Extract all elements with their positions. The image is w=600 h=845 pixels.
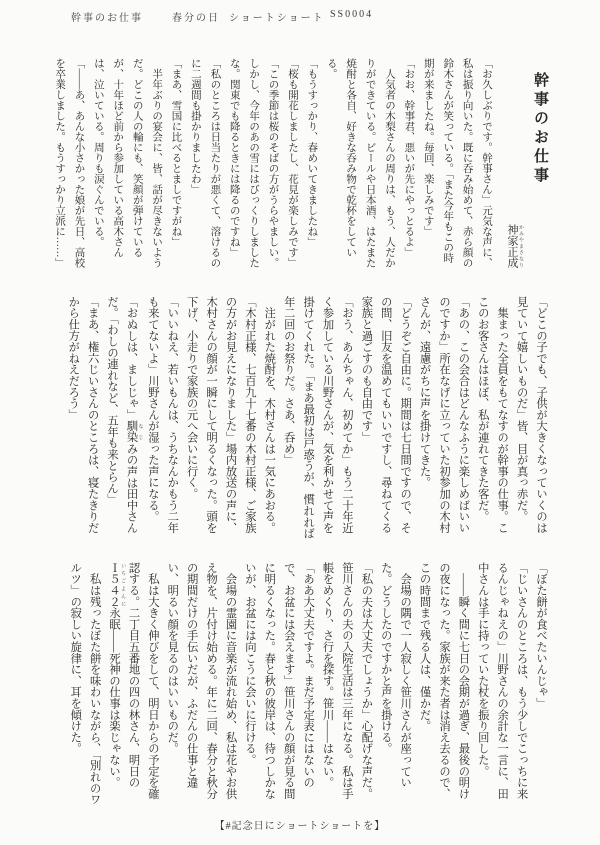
story-paragraph: 「この季節は桜のそばの方がうらやましい。しかし、今年のあの雪にはびっくりしました… [224,58,282,272]
story-paragraph: 「もうすっかり、春めいてきましたね」 [302,58,321,272]
story-paragraph: 「私のところは日当たりが悪くて、溶けるのに二週間も掛かりましたわ」 [186,58,225,272]
story-paragraph: 「いいねえ、若いもんは、うちなんかもう二年も来てないよ」川野さんが湿った声になる… [142,296,181,541]
story-paragraph: 私は残ったぼた餅を味わいながら、「別れのワルツ」の寂しい旋律に、耳を傾けた。 [65,562,104,807]
story-paragraph: 「あの、この会合はどんなふうに楽しめばいいのですか」所在なげに立っていた初参加の… [414,296,472,541]
story-paragraph: 「おう、あんちゃん、初めてか」もう二十年近く参加している川野さんが、気を利かせて… [278,296,356,541]
story-paragraph: 「どこの子でも、子供が大きくなっていくのは見ていて嬉しいものだ」皆、目が真っ赤だ… [511,296,550,541]
story-paragraph: 会場の隅で一人寂しく笹川さんが座っていた。どうしたのですかと声を掛ける。 [375,562,414,807]
story-block-middle: 「どこの子でも、子供が大きくなっていくのは見ていて嬉しいものだ」皆、目が真っ赤だ… [50,296,550,541]
story-paragraph: 「どうぞご自由に。期間は七日間ですので、その間、旧友を温めてもいいですし、尋ねて… [356,296,414,541]
story-paragraph: 「ああ大丈夫ですよ。まだ予定表にはないので、お盆には会えます」笹川さんの顔が見る… [240,562,318,807]
header-code-label: SS0004 [330,9,373,20]
ruby-base: 馴染なじ [125,420,137,443]
ruby-base: Ｉ５４２いちごよんに [108,562,120,607]
story-paragraph: 「お久しぶりです。幹事さん」元気な声に、私は振り向いた。既に呑み始めて、赤ら顔の… [418,58,496,272]
author-name-text: 神家正成 [506,224,518,268]
story-paragraph: 「まあ、雪国に比べるとましですがね」 [166,58,185,272]
story-paragraph: 集まった全員をもてなすのが幹事の仕事。ここのお客さんはほぼ、私が連れてきた客だ。 [472,296,511,541]
story-paragraph: 「――あ、あんな小さかった娘が先日、高校を卒業しました。もうすっかり立派に……」 [50,58,88,272]
story-paragraph: 「私の夫は大丈夫でしょうか」心配げな声だ。笹川さんの夫の入院生活は三年になる。私… [317,562,375,807]
story-title: 幹事のお仕事 [530,58,550,272]
story-paragraph: 「桜も開花しましたし、花見が楽しみです」 [283,58,302,272]
ruby-reading: なじ [137,420,142,443]
page-footer: 【#記念日にショートショートを】 [0,817,600,832]
story-paragraph: 注がれた焼酎を、木村さんは一気にあおる。 [259,296,278,541]
header-genre-label: ショートショート [229,9,325,24]
story-block-bottom: 「ぼた餅が食べたいんじゃ」「じいさんのところは、もう少しでこっちに来るんじゃねえ… [50,562,550,807]
story-paragraph: 「じいさんのところは、もう少しでこっちに来るんじゃねえの」川野さんの余計な一言に… [472,562,530,807]
story-paragraph: 会場の霊園に音楽が流れ始め、私は花やお供え物を、片付け始める。年に二回、春分と秋… [162,562,240,807]
story-paragraph: 「おぬしは、ましじゃ」馴染なじみの声は田中さんだ。「わしの連れなど、五年も来とら… [102,296,143,541]
story-block-top: 幹事のお仕事 神家正成 かみやまさなり 「お久しぶりです。幹事さん」元気な声に、… [50,58,550,272]
story-paragraph: 「木村正様、七百九十七番の木村正様、ご家族の方がお見えになりました」場内放送の声… [181,296,259,541]
ruby-reading: いちごよんに [120,562,125,607]
story-paragraph: 「おお、幹事君、悪いが先にやっとるよ」 [399,58,418,272]
story-paragraph: 「ぼた餅が食べたいんじゃ」 [531,562,550,807]
header-story-title: 幹事のお仕事 [71,9,143,24]
story-paragraph: 半年ぶりの宴会に、皆、話が尽きないようだ。どこの人の輪にも、笑顔が弾けているが、… [88,58,166,272]
author-name: 神家正成 かみやまさなり [503,58,523,272]
page: { "page": { "background": "#fbfbf9", "te… [0,0,600,845]
footer-hashtag: 【#記念日にショートショートを】 [215,821,386,832]
story-paragraph: 「まあ、権六じいさんのところは、寝たきりだから仕方がねえだろう」 [63,296,102,541]
header-date-label: 春分の日 [172,9,220,24]
story-paragraph: ――瞬く間に七日の会期が過ぎ、最後の明けの夜になった。家族が来た者は消え去るので… [414,562,472,807]
story-paragraph: 私は大きく伸びをして、明日からの予定を確認する。二丁目五番地の四の林さん、明日の… [104,562,162,807]
story-paragraph: 人気者の木梨さんの周りは、もう、人だかりができている。ビールや日本酒、はたまた焼… [321,58,399,272]
page-header: 幹事のお仕事 春分の日 ショートショート SS0004 [0,9,600,25]
author-furigana: かみやまさなり [518,224,523,268]
